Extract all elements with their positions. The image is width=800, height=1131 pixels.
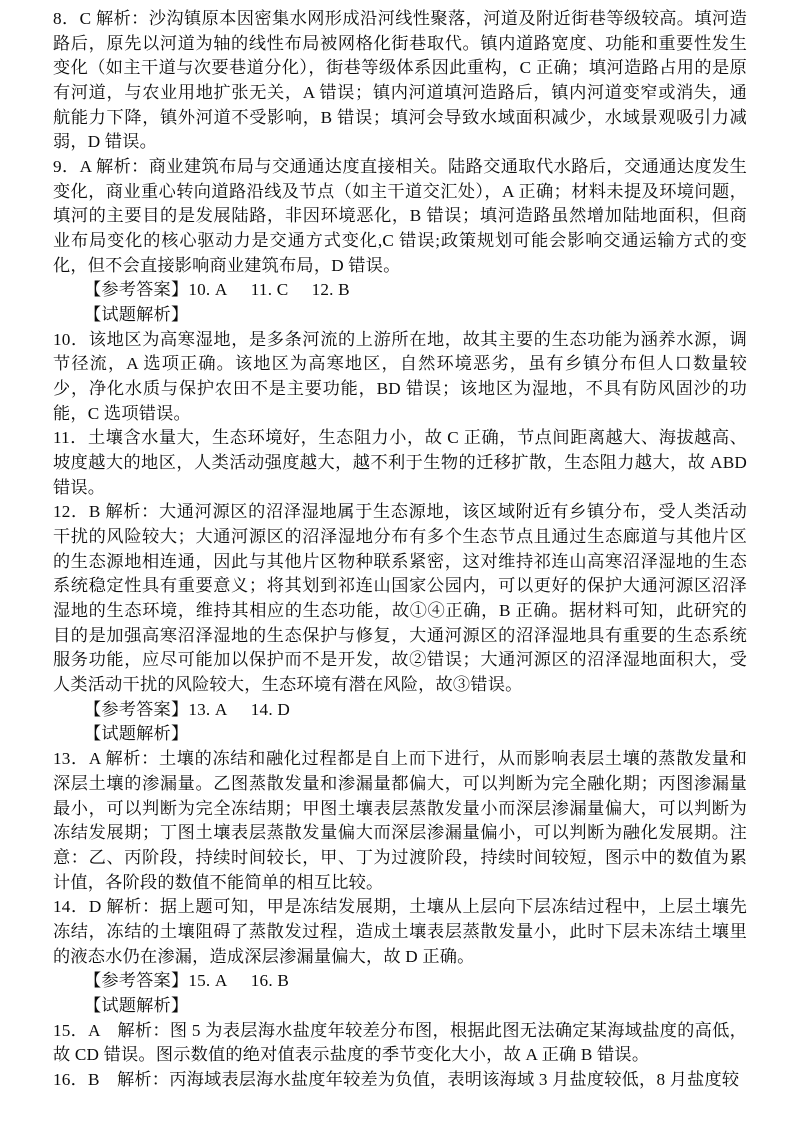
analysis-section-heading: 【试题解析】 (53, 994, 747, 1019)
reference-answer-item: 16. B (251, 971, 289, 990)
explanation-paragraph: 9．A 解析：商业建筑布局与交通通达度直接相关。陆路交通取代水路后，交通通达度发… (53, 155, 747, 278)
reference-answers-line: 【参考答案】10. A11. C12. B (53, 278, 747, 303)
explanation-paragraph: 16．B 解析：丙海域表层海水盐度年较差为负值，表明该海域 3 月盐度较低，8 … (53, 1068, 747, 1093)
reference-answer-item: 12. B (312, 280, 350, 299)
analysis-section-label: 【试题解析】 (84, 305, 188, 324)
explanation-paragraph: 11．土壤含水量大，生态环境好，生态阻力小，故 C 正确，节点间距离越大、海拔越… (53, 426, 747, 500)
reference-answer-item: 15. A (188, 971, 227, 990)
reference-answer-item: 11. C (251, 280, 289, 299)
reference-answers-label: 【参考答案】 (84, 700, 188, 719)
reference-answers-line: 【参考答案】15. A16. B (53, 969, 747, 994)
analysis-section-heading: 【试题解析】 (53, 303, 747, 328)
answer-key-page: 8．C 解析：沙沟镇原本因密集水网形成沿河线性聚落，河道及附近街巷等级较高。填河… (0, 0, 800, 1131)
explanation-paragraph: 15．A 解析：图 5 为表层海水盐度年较差分布图，根据此图无法确定某海域盐度的… (53, 1019, 747, 1068)
reference-answer-item: 10. A (188, 280, 227, 299)
explanation-paragraph: 12．B 解析：大通河源区的沼泽湿地属于生态源地，该区域附近有乡镇分布，受人类活… (53, 500, 747, 697)
reference-answers-label: 【参考答案】 (84, 971, 188, 990)
analysis-section-label: 【试题解析】 (84, 724, 188, 743)
reference-answers-line: 【参考答案】13. A14. D (53, 698, 747, 723)
reference-answer-item: 14. D (251, 700, 290, 719)
reference-answer-item: 13. A (188, 700, 227, 719)
analysis-section-heading: 【试题解析】 (53, 722, 747, 747)
explanation-paragraph: 8．C 解析：沙沟镇原本因密集水网形成沿河线性聚落，河道及附近街巷等级较高。填河… (53, 7, 747, 155)
answer-key-document: 8．C 解析：沙沟镇原本因密集水网形成沿河线性聚落，河道及附近街巷等级较高。填河… (53, 7, 747, 1093)
reference-answers-label: 【参考答案】 (84, 280, 188, 299)
analysis-section-label: 【试题解析】 (84, 996, 188, 1015)
explanation-paragraph: 10．该地区为高寒湿地，是多条河流的上游所在地，故其主要的生态功能为涵养水源，调… (53, 328, 747, 427)
explanation-paragraph: 13．A 解析：土壤的冻结和融化过程都是自上而下进行，从而影响表层土壤的蒸散发量… (53, 747, 747, 895)
explanation-paragraph: 14．D 解析：据上题可知，甲是冻结发展期，土壤从上层向下层冻结过程中，上层土壤… (53, 895, 747, 969)
